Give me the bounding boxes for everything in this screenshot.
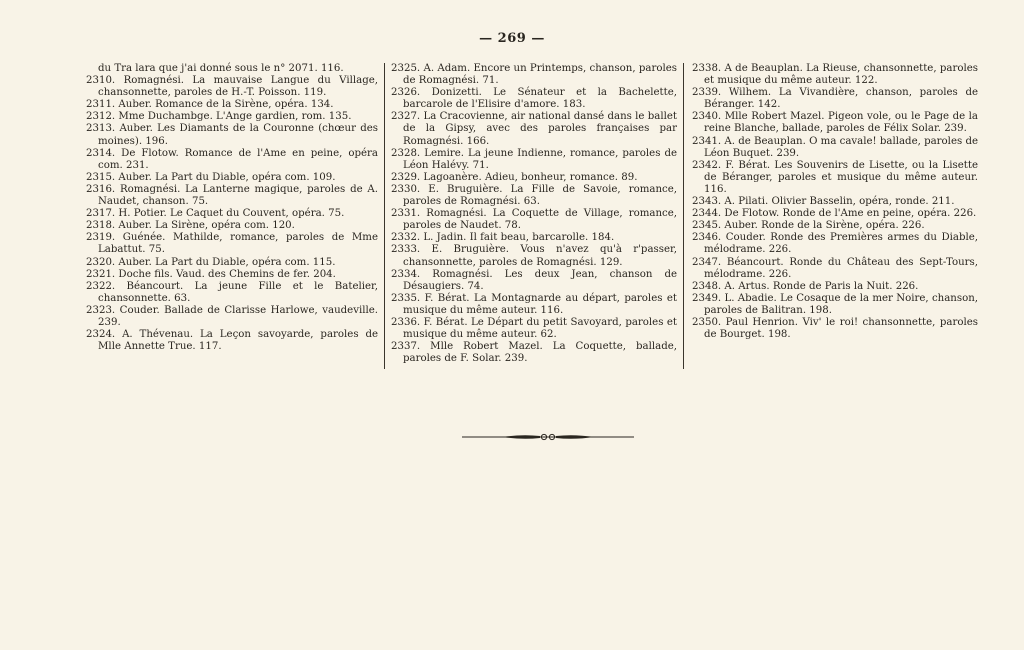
entry-text: La Cracovienne, air national dansé dans … bbox=[403, 111, 677, 146]
entry-text: Auber. Ronde de la Sirène, opéra. 226. bbox=[724, 220, 924, 231]
entry-number: 2316. bbox=[86, 184, 120, 195]
catalog-entry: 2324. A. Thévenau. La Leçon savoyarde, p… bbox=[86, 329, 378, 353]
entry-number: 2343. bbox=[692, 196, 724, 207]
entry-text: Lemire. La jeune Indienne, romance, paro… bbox=[403, 148, 677, 171]
catalog-entry: 2343. A. Pilati. Olivier Basselin, opéra… bbox=[692, 196, 978, 208]
catalog-entry: 2347. Béancourt. Ronde du Château des Se… bbox=[692, 257, 978, 281]
entry-text: Romagnési. Les deux Jean, chanson de Dés… bbox=[403, 269, 677, 292]
entry-text: A. Pilati. Olivier Basselin, opéra, rond… bbox=[724, 196, 954, 207]
column-2: 2325. A. Adam. Encore un Printemps, chan… bbox=[384, 63, 683, 369]
entry-text: Wilhem. La Vivandière, chanson, paroles … bbox=[704, 87, 978, 110]
entry-number: 2327. bbox=[391, 111, 423, 122]
entry-number: 2342. bbox=[692, 160, 725, 171]
decorative-rule-ornament-icon bbox=[462, 432, 634, 442]
catalog-entry: 2340. Mlle Robert Mazel. Pigeon vole, ou… bbox=[692, 111, 978, 135]
entry-text: Mlle Robert Mazel. La Coquette, ballade,… bbox=[403, 341, 677, 364]
catalog-entry: 2321. Doche fils. Vaud. des Chemins de f… bbox=[86, 269, 378, 281]
entry-text: Auber. La Part du Diable, opéra com. 109… bbox=[118, 172, 335, 183]
entry-number: 2336. bbox=[391, 317, 424, 328]
column-3: 2338. A de Beauplan. La Rieuse, chansonn… bbox=[683, 63, 978, 369]
entry-text: Guénée. Mathilde, romance, paroles de Mm… bbox=[98, 232, 378, 255]
entry-number: 2335. bbox=[391, 293, 425, 304]
catalog-entry: 2316. Romagnési. La Lanterne magique, pa… bbox=[86, 184, 378, 208]
entry-text: Béancourt. La jeune Fille et le Batelier… bbox=[98, 281, 378, 304]
entry-number: 2339. bbox=[692, 87, 729, 98]
entry-number: 2313. bbox=[86, 123, 119, 134]
entry-number: 2310. bbox=[86, 75, 124, 86]
entry-text: A. Artus. Ronde de Paris la Nuit. 226. bbox=[724, 281, 918, 292]
catalog-entry: 2331. Romagnési. La Coquette de Village,… bbox=[391, 208, 677, 232]
entry-number: 2330. bbox=[391, 184, 428, 195]
entry-number: 2350. bbox=[692, 317, 726, 328]
entry-text: Auber. La Sirène, opéra com. 120. bbox=[118, 220, 295, 231]
entry-number: 2311. bbox=[86, 99, 118, 110]
entry-number: 2325. bbox=[391, 63, 423, 74]
catalog-entry: 2314. De Flotow. Romance de l'Ame en pei… bbox=[86, 148, 378, 172]
column-1: du Tra lara que j'ai donné sous le n° 20… bbox=[86, 63, 384, 369]
entry-text: F. Bérat. Les Souvenirs de Lisette, ou l… bbox=[704, 160, 978, 195]
catalog-entry: 2332. L. Jadin. Il fait beau, barcarolle… bbox=[391, 232, 677, 244]
catalog-entry: 2329. Lagoanère. Adieu, bonheur, romance… bbox=[391, 172, 677, 184]
entry-number: 2321. bbox=[86, 269, 118, 280]
entry-number: 2346. bbox=[692, 232, 726, 243]
entry-text: De Flotow. Romance de l'Ame en peine, op… bbox=[98, 148, 378, 171]
entry-text: Donizetti. Le Sénateur et la Bachelette,… bbox=[403, 87, 677, 110]
entry-number: 2341. bbox=[692, 136, 724, 147]
entry-number: 2334. bbox=[391, 269, 432, 280]
entry-number: 2348. bbox=[692, 281, 724, 292]
catalog-entry: 2327. La Cracovienne, air national dansé… bbox=[391, 111, 677, 147]
catalog-entry: 2310. Romagnési. La mauvaise Langue du V… bbox=[86, 75, 378, 99]
entry-text: Lagoanère. Adieu, bonheur, romance. 89. bbox=[423, 172, 637, 183]
catalog-entry: 2348. A. Artus. Ronde de Paris la Nuit. … bbox=[692, 281, 978, 293]
catalog-entry: 2319. Guénée. Mathilde, romance, paroles… bbox=[86, 232, 378, 256]
entry-number: 2337. bbox=[391, 341, 430, 352]
entry-text: L. Abadie. Le Cosaque de la mer Noire, c… bbox=[704, 293, 978, 316]
catalog-entry: 2313. Auber. Les Diamants de la Couronne… bbox=[86, 123, 378, 147]
entry-text: Mlle Robert Mazel. Pigeon vole, ou le Pa… bbox=[704, 111, 978, 134]
entry-number: 2323. bbox=[86, 305, 120, 316]
catalog-entry: 2349. L. Abadie. Le Cosaque de la mer No… bbox=[692, 293, 978, 317]
entry-number: 2333. bbox=[391, 244, 432, 255]
entry-number: 2314. bbox=[86, 148, 121, 159]
catalog-entry: 2350. Paul Henrion. Viv' le roi! chanson… bbox=[692, 317, 978, 341]
entry-number: 2328. bbox=[391, 148, 424, 159]
entry-number: 2319. bbox=[86, 232, 123, 243]
entry-text: Auber. Romance de la Sirène, opéra. 134. bbox=[118, 99, 333, 110]
entry-text: L. Jadin. Il fait beau, barcarolle. 184. bbox=[423, 232, 614, 243]
entry-text: E. Bruguière. La Fille de Savoie, romanc… bbox=[403, 184, 677, 207]
entry-text: A. de Beauplan. O ma cavale! ballade, pa… bbox=[704, 136, 978, 159]
catalog-entry: 2312. Mme Duchambge. L'Ange gardien, rom… bbox=[86, 111, 378, 123]
catalog-entry: 2323. Couder. Ballade de Clarisse Harlow… bbox=[86, 305, 378, 329]
catalog-entry: 2338. A de Beauplan. La Rieuse, chansonn… bbox=[692, 63, 978, 87]
entry-number: 2332. bbox=[391, 232, 423, 243]
entry-number: 2322. bbox=[86, 281, 127, 292]
entry-number: 2315. bbox=[86, 172, 118, 183]
catalog-entry: 2328. Lemire. La jeune Indienne, romance… bbox=[391, 148, 677, 172]
entry-text: F. Bérat. La Montagnarde au départ, paro… bbox=[403, 293, 677, 316]
entry-text: Romagnési. La Coquette de Village, roman… bbox=[403, 208, 677, 231]
entry-number: 2324. bbox=[86, 329, 122, 340]
catalog-entry: 2341. A. de Beauplan. O ma cavale! balla… bbox=[692, 136, 978, 160]
entry-number: 2340. bbox=[692, 111, 725, 122]
catalog-entry: 2326. Donizetti. Le Sénateur et la Bache… bbox=[391, 87, 677, 111]
entry-text: Auber. La Part du Diable, opéra com. 115… bbox=[118, 257, 335, 268]
entry-text: De Flotow. Ronde de l'Ame en peine, opér… bbox=[724, 208, 976, 219]
catalog-entry: 2322. Béancourt. La jeune Fille et le Ba… bbox=[86, 281, 378, 305]
catalog-entry: 2320. Auber. La Part du Diable, opéra co… bbox=[86, 257, 378, 269]
entry-number: 2318. bbox=[86, 220, 118, 231]
entry-number: 2312. bbox=[86, 111, 118, 122]
entry-text: Couder. Ronde des Premières armes du Dia… bbox=[704, 232, 978, 255]
entry-text: Doche fils. Vaud. des Chemins de fer. 20… bbox=[118, 269, 336, 280]
catalog-entry: 2325. A. Adam. Encore un Printemps, chan… bbox=[391, 63, 677, 87]
catalog-entry: 2333. E. Bruguière. Vous n'avez qu'à r'p… bbox=[391, 244, 677, 268]
catalog-entry: 2345. Auber. Ronde de la Sirène, opéra. … bbox=[692, 220, 978, 232]
catalog-entry: 2330. E. Bruguière. La Fille de Savoie, … bbox=[391, 184, 677, 208]
entry-text: Romagnési. La Lanterne magique, paroles … bbox=[98, 184, 378, 207]
catalog-entry: 2339. Wilhem. La Vivandière, chanson, pa… bbox=[692, 87, 978, 111]
entry-text: A. Adam. Encore un Printemps, chanson, p… bbox=[403, 63, 677, 86]
page-number: — 269 — bbox=[0, 31, 1024, 46]
entry-text: E. Bruguière. Vous n'avez qu'à r'passer,… bbox=[403, 244, 677, 267]
entry-text: du Tra lara que j'ai donné sous le n° 20… bbox=[98, 63, 344, 74]
catalog-entry: 2315. Auber. La Part du Diable, opéra co… bbox=[86, 172, 378, 184]
entry-text: Paul Henrion. Viv' le roi! chansonnette,… bbox=[704, 317, 978, 340]
catalog-entry: 2311. Auber. Romance de la Sirène, opéra… bbox=[86, 99, 378, 111]
entry-text: Béancourt. Ronde du Château des Sept-Tou… bbox=[704, 257, 978, 280]
entry-text: Auber. Les Diamants de la Couronne (chœu… bbox=[98, 123, 378, 146]
entry-number: 2344. bbox=[692, 208, 724, 219]
entry-number: 2320. bbox=[86, 257, 118, 268]
catalog-columns: du Tra lara que j'ai donné sous le n° 20… bbox=[86, 63, 978, 369]
entry-text: F. Bérat. Le Départ du petit Savoyard, p… bbox=[403, 317, 677, 340]
entry-text: A de Beauplan. La Rieuse, chansonnette, … bbox=[704, 63, 978, 86]
entry-number: 2349. bbox=[692, 293, 724, 304]
entry-number: 2338. bbox=[692, 63, 725, 74]
catalog-entry: 2336. F. Bérat. Le Départ du petit Savoy… bbox=[391, 317, 677, 341]
entry-text: Mme Duchambge. L'Ange gardien, rom. 135. bbox=[118, 111, 351, 122]
catalog-entry: 2337. Mlle Robert Mazel. La Coquette, ba… bbox=[391, 341, 677, 365]
catalog-entry: 2342. F. Bérat. Les Souvenirs de Lisette… bbox=[692, 160, 978, 196]
catalog-entry: 2334. Romagnési. Les deux Jean, chanson … bbox=[391, 269, 677, 293]
catalog-entry: 2344. De Flotow. Ronde de l'Ame en peine… bbox=[692, 208, 978, 220]
entry-text: Couder. Ballade de Clarisse Harlowe, vau… bbox=[98, 305, 378, 328]
entry-text: Romagnési. La mauvaise Langue du Village… bbox=[98, 75, 378, 98]
catalog-entry: 2346. Couder. Ronde des Premières armes … bbox=[692, 232, 978, 256]
entry-number: 2326. bbox=[391, 87, 432, 98]
entry-number: 2331. bbox=[391, 208, 426, 219]
catalog-entry: 2317. H. Potier. Le Caquet du Couvent, o… bbox=[86, 208, 378, 220]
catalog-entry: du Tra lara que j'ai donné sous le n° 20… bbox=[86, 63, 378, 75]
entry-number: 2345. bbox=[692, 220, 724, 231]
entry-text: A. Thévenau. La Leçon savoyarde, paroles… bbox=[98, 329, 378, 352]
catalog-entry: 2318. Auber. La Sirène, opéra com. 120. bbox=[86, 220, 378, 232]
entry-number: 2317. bbox=[86, 208, 118, 219]
entry-number: 2347. bbox=[692, 257, 727, 268]
catalog-entry: 2335. F. Bérat. La Montagnarde au départ… bbox=[391, 293, 677, 317]
entry-text: H. Potier. Le Caquet du Couvent, opéra. … bbox=[118, 208, 344, 219]
entry-number: 2329. bbox=[391, 172, 423, 183]
